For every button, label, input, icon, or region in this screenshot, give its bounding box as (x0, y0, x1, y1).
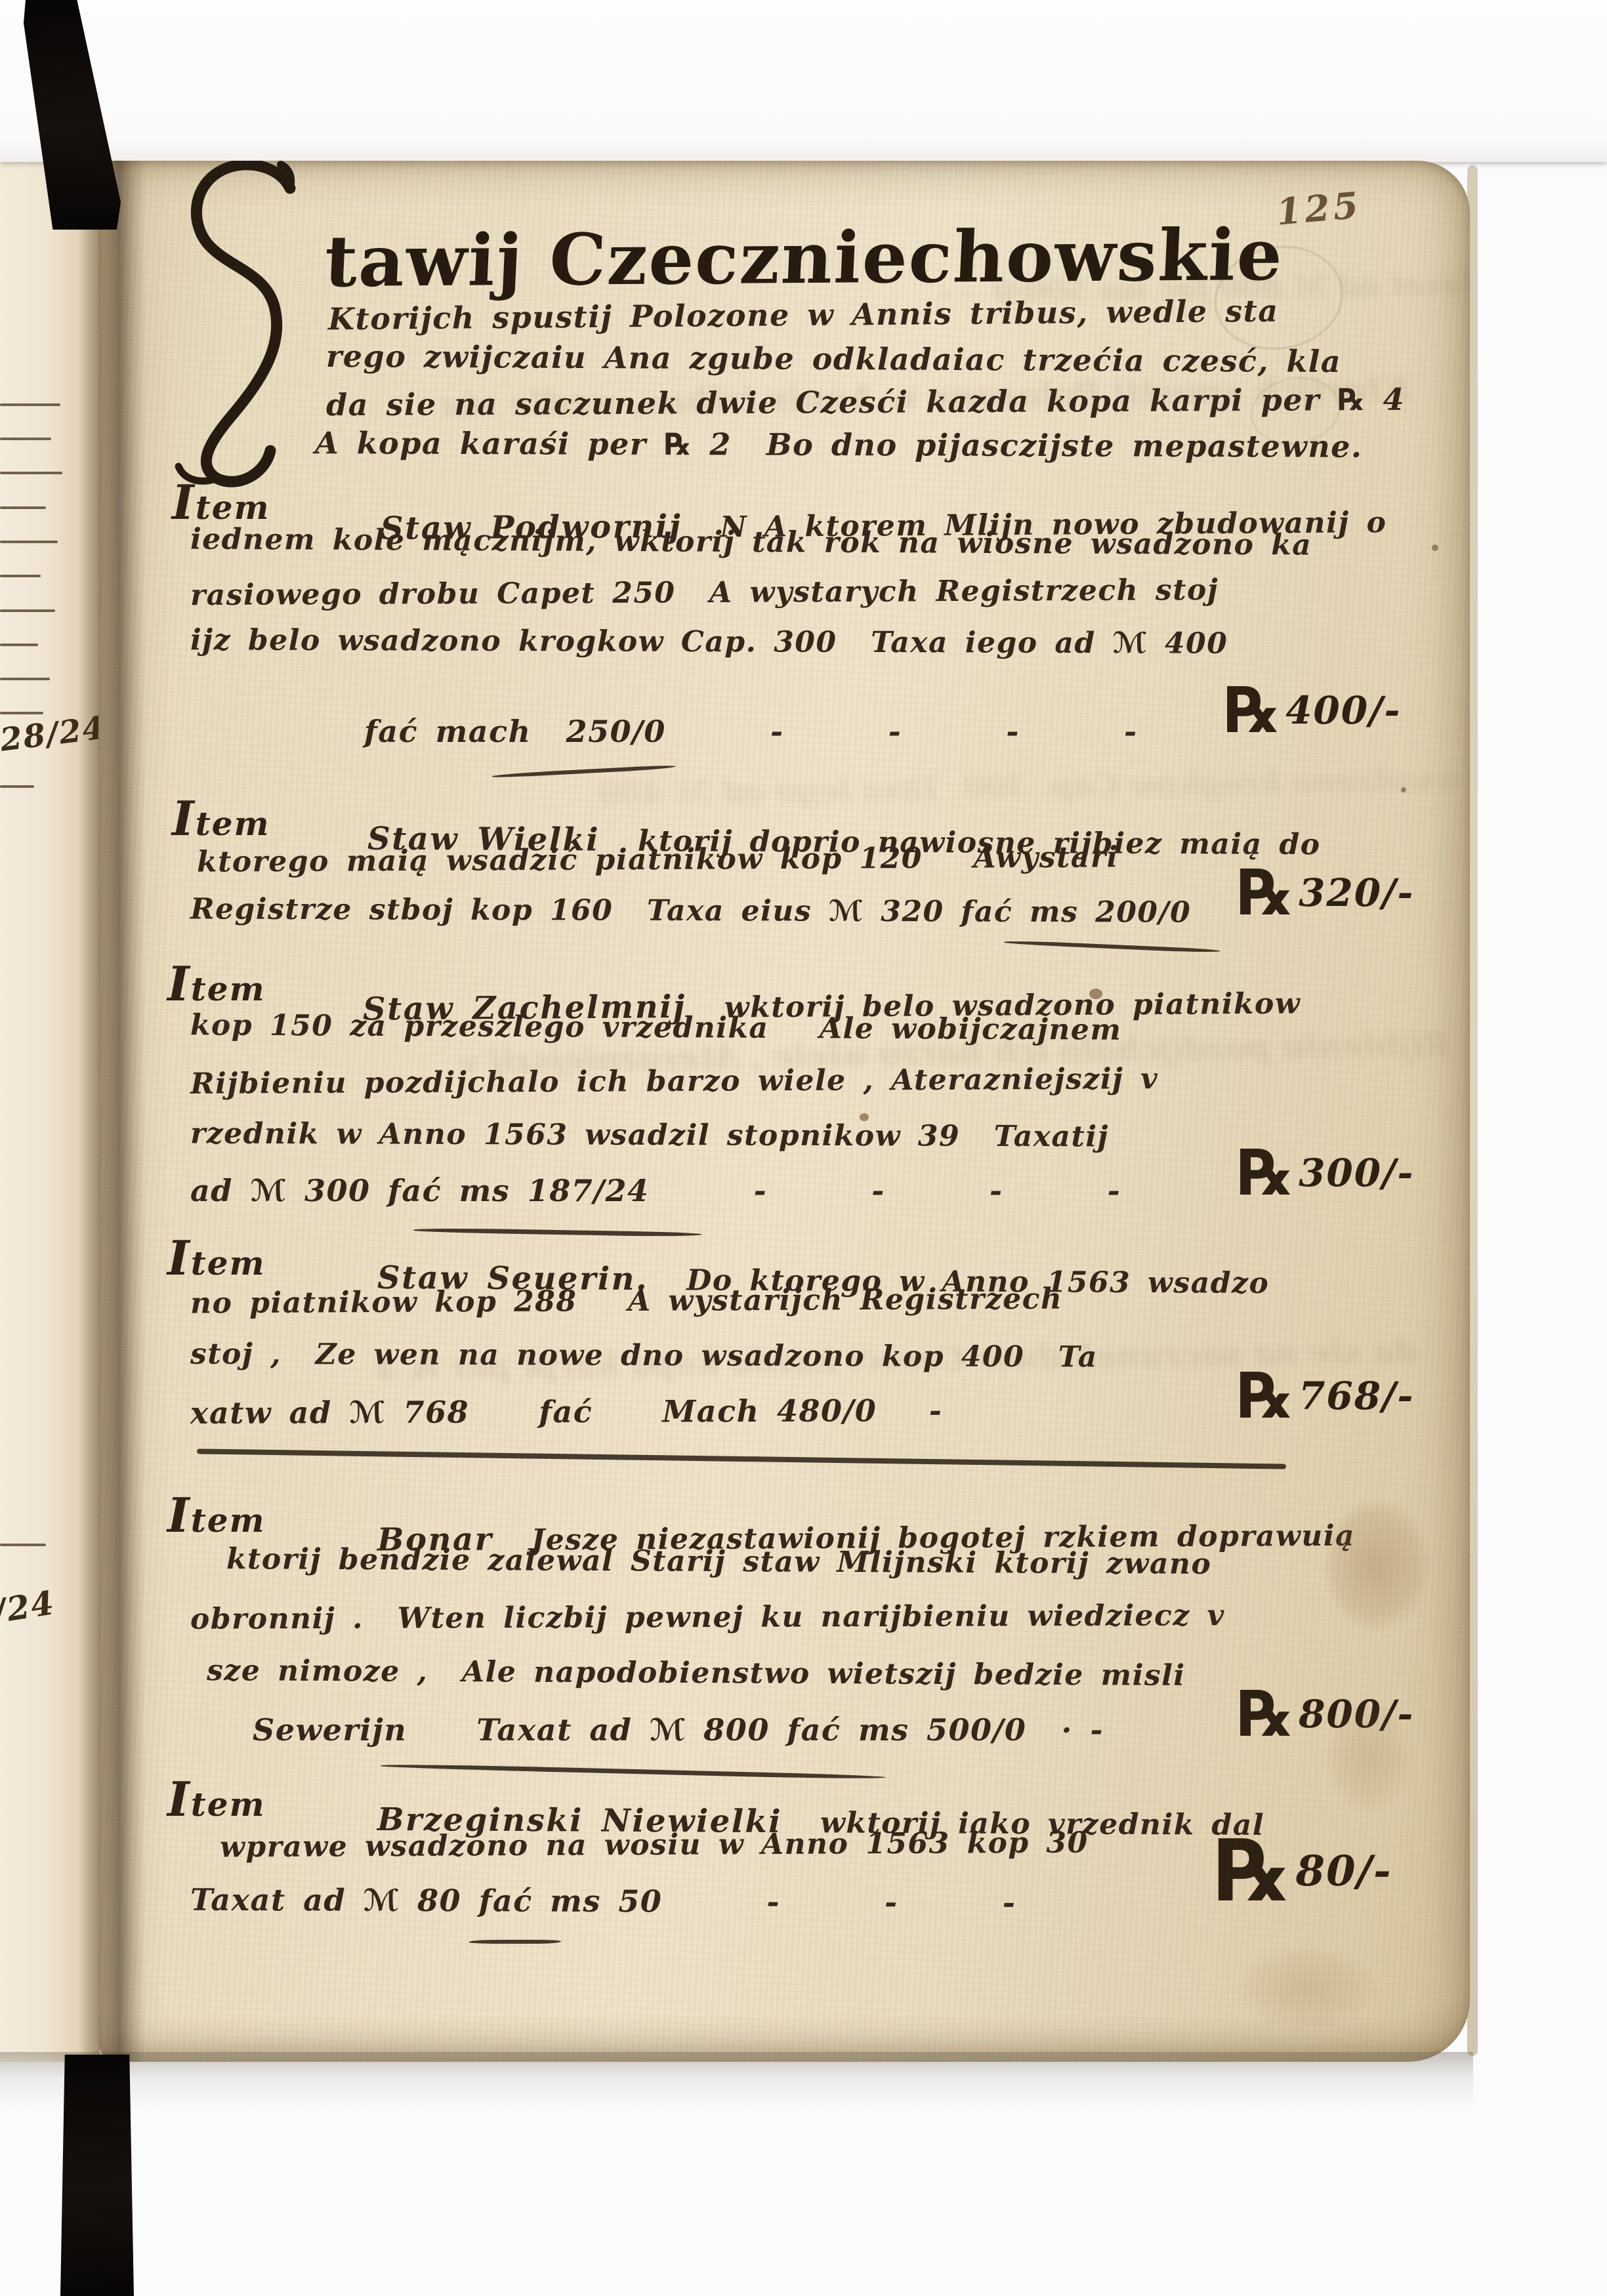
entry-amount: ℞ 80/- (1214, 1837, 1392, 1905)
margin-note-upper: 28/24 (0, 709, 108, 758)
entry-marker: Item (167, 1771, 266, 1827)
currency-siglum: ℞ (1214, 1837, 1291, 1905)
margin-note-lower: /24 (0, 1583, 58, 1631)
intro-line: da sie na saczunek dwie Czesći kazda kop… (326, 383, 1405, 422)
entry-line: rasiowego drobu Capet 250 A wystarych Re… (190, 575, 1219, 612)
margin-tick (0, 785, 34, 788)
underline-flourish (492, 765, 676, 779)
underline-flourish (1004, 940, 1221, 953)
entry-sum-line: fać mach 250/0 - - - - (364, 715, 1138, 748)
entry-line: stoj , Ze wen na nowe dno wsadzono kop 4… (190, 1339, 1098, 1374)
entry-line: iednem kole mącznijm, wktorij tak rok na… (190, 524, 1312, 562)
margin-tick (0, 712, 43, 714)
entry-amount: ℞ 300/- (1237, 1148, 1414, 1199)
entry-line: ijz belo wsadzono krogkow Cap. 300 Taxa … (190, 625, 1228, 660)
entry-first-line: Staw Wielkiktorij doprio nawiosne rijbie… (266, 790, 1321, 893)
entry-line: obronnij . Wten liczbij pewnej ku narijb… (190, 1600, 1225, 1635)
entry-amount: ℞ 400/- (1224, 686, 1401, 736)
entry-marker: Item (167, 1487, 266, 1543)
entry-sum-line: ad ℳ 300 fać ms 187/24 - - - - (190, 1174, 1121, 1208)
entry-line: sze nimoze , Ale napodobienstwo wietszij… (207, 1655, 1186, 1692)
entry-line: wprawe wsadzono na wosiu w Anno 1563 kop… (220, 1828, 1089, 1864)
margin-tick (0, 506, 46, 509)
ink-speck (1401, 787, 1406, 792)
page-title: tawij Czeczniechowskie (323, 214, 1285, 303)
entry-sum-line: Sewerijn Taxat ad ℳ 800 fać ms 500/0 · - (253, 1713, 1104, 1747)
margin-tick (0, 472, 62, 474)
ink-speck (860, 1113, 869, 1121)
entry-line: Rijbieniu pozdijchalo ich barzo wiele , … (190, 1063, 1159, 1100)
currency-siglum: ℞ (1237, 868, 1293, 918)
ink-speck (1432, 544, 1438, 551)
currency-siglum: ℞ (1237, 1148, 1293, 1199)
entry-sum-line: xatw ad ℳ 768 fać Mach 480/0 - (190, 1394, 943, 1430)
currency-siglum: ℞ (1224, 686, 1280, 736)
entry-amount: ℞ 320/- (1237, 868, 1414, 918)
entry-line: Registrze stboj kop 160 Taxa eius ℳ 320 … (190, 893, 1191, 929)
ink-stain (1214, 1932, 1398, 2043)
ink-stain (1306, 1476, 1447, 1653)
margin-tick (0, 575, 41, 577)
manuscript-page: Ktorijch spustij Polozone w Annis tribus… (98, 161, 1470, 2062)
currency-siglum: ℞ (1237, 1689, 1293, 1740)
title-initial-s (161, 161, 319, 491)
intro-line: rego zwijczaiu Ana zgube odkladaiac trze… (326, 340, 1341, 379)
scanned-manuscript-screen: 28/24 /24 Ktorijch spustij Polozone w An… (0, 0, 1607, 2296)
entry-marker: Item (172, 474, 270, 530)
underline-flourish (469, 1940, 561, 1944)
overlying-blank-page (0, 0, 1607, 162)
bookmark-ribbon-bottom (60, 2055, 134, 2296)
amount-value: 300/- (1299, 1151, 1414, 1195)
entry-marker: Item (172, 790, 270, 846)
intro-line: Ktorijch spustij Polozone w Annis tribus… (328, 295, 1279, 336)
margin-tick (0, 541, 58, 543)
intro-line: A kopa karaśi per ℞ 2 Bo dno pijasczijst… (315, 426, 1363, 463)
margin-tick (0, 678, 50, 680)
margin-tick (0, 609, 55, 612)
currency-siglum: ℞ (1237, 1371, 1293, 1422)
entry-marker: Item (167, 956, 266, 1012)
ink-speck (1089, 989, 1102, 999)
amount-value: 768/- (1299, 1374, 1414, 1418)
entry-line: ktorego maią wsadzić piatnikow kop 120 A… (197, 842, 1119, 878)
section-rule (197, 1448, 1286, 1469)
entry-line: ktorij bendzie zalewal Starij staw Mlijn… (226, 1544, 1212, 1580)
amount-value: 320/- (1299, 871, 1414, 915)
margin-tick (0, 1544, 46, 1546)
amount-value: 400/- (1285, 688, 1401, 733)
entry-sum-line: Taxat ad ℳ 80 fać ms 50 - - - (190, 1883, 1016, 1919)
ink-stain (1311, 1683, 1426, 1830)
entry-marker: Item (167, 1230, 266, 1286)
entry-line: kop 150 za przeszlego vrzednika Ale wobi… (190, 1010, 1122, 1046)
entry-amount: ℞ 768/- (1237, 1371, 1414, 1422)
entry-line: no piatnikow kop 288 A wystarijch Regist… (190, 1284, 1063, 1320)
entry-line: rzednik w Anno 1563 wsadzil stopnikow 39… (190, 1118, 1109, 1153)
underlying-page-sliver: 28/24 /24 (0, 161, 100, 2062)
margin-tick (0, 403, 60, 406)
margin-tick (0, 644, 38, 646)
amount-value: 80/- (1296, 1847, 1392, 1896)
folio-number: 125 (1274, 183, 1363, 233)
margin-tick (0, 438, 51, 440)
